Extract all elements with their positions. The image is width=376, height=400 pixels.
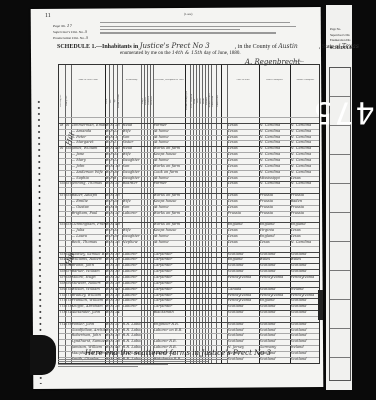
column-header: Maimed xyxy=(206,87,208,115)
table-row: 109110Wilson, WilliamW M 40LaborerCarpen… xyxy=(59,287,319,292)
cell-mpob: N. Carolina xyxy=(291,123,321,128)
column-header: Attended school xyxy=(209,87,211,115)
cell-fpob: N. Carolina xyxy=(260,146,290,151)
cell-occ: Cook on farm xyxy=(154,170,185,175)
page-clip xyxy=(318,290,323,320)
enumerator-stamp: Enumerator xyxy=(292,60,304,63)
cell-rel: Laborer xyxy=(123,269,141,274)
cell-mpob: Pennsylvania xyxy=(291,293,321,298)
cell-mpob: Ireland xyxy=(291,287,321,292)
cell-csa: W F 35 xyxy=(106,228,122,233)
column-header: Month of birth xyxy=(118,87,122,115)
column-header: Insane xyxy=(203,87,205,115)
supervisor-value: 5 xyxy=(85,29,88,34)
cell-fpob: Scotland xyxy=(260,322,290,327)
cell-mpob: N. Carolina xyxy=(291,240,321,245)
cell-fam: 103 xyxy=(66,222,71,227)
cell-pob: Pennsylvania xyxy=(228,275,259,280)
cell-name: Brigham, Paul xyxy=(72,211,105,216)
cell-pob: Texas xyxy=(228,129,259,134)
cell-fam: 108 xyxy=(66,275,71,280)
cell-mpob: Prussia xyxy=(291,211,321,216)
cell-csa: W M 40 xyxy=(106,287,122,292)
cell-fpob: N. Carolina xyxy=(260,158,290,163)
cell-mpob: Prussia xyxy=(291,205,321,210)
cell-dw: 112 xyxy=(60,304,65,309)
cell-fpob: Pennsylvania xyxy=(260,275,290,280)
cell-fpob: N. Carolina xyxy=(260,152,290,157)
cell-pob: Scotland xyxy=(228,304,259,309)
cell-csa: W M 26 xyxy=(106,304,122,309)
cell-occ: Keeps house xyxy=(154,228,185,233)
cell-dw: 98 xyxy=(60,123,65,128)
cell-mpob: Scotland xyxy=(291,252,321,257)
cell-csa: W F 8 xyxy=(106,176,122,181)
cell-fam: 107 xyxy=(66,269,71,274)
cell-occ: Keeps house xyxy=(154,199,185,204)
table-row: 106107Barker, WilliamW M 30LaborerCarpen… xyxy=(59,269,319,274)
cell-csa: W F 22 xyxy=(106,129,122,134)
column-header: Cannot read xyxy=(212,87,216,115)
table-row: — MargaretW F 17SisterAt homeTexasN. Car… xyxy=(59,140,319,145)
cell-name: — Jane xyxy=(72,152,105,157)
cell-name: — Anderson Wife xyxy=(72,170,105,175)
enumerated-suffix: day of June, 1880. xyxy=(204,51,241,56)
cell-fpob: Scotland xyxy=(260,328,290,333)
cell-pob: England xyxy=(228,222,259,227)
cell-fpob: N. Carolina xyxy=(260,170,290,175)
cell-name: Alexander, John xyxy=(72,310,105,315)
cell-rel: Laborer xyxy=(123,304,141,309)
column-header: Mother's birthplace xyxy=(291,79,321,99)
cell-name: Lyndhurst, Samuel xyxy=(72,339,105,344)
cell-fam: 113 xyxy=(66,304,71,309)
cell-fpob: N. Carolina xyxy=(260,164,290,169)
supervisor-line: Supervisor's Dist. No. 5 xyxy=(53,29,87,34)
table-row: — JuliaW F 35WifeKeeps houseTexasVirgini… xyxy=(59,228,319,233)
cell-rel: Head xyxy=(123,146,141,151)
cell-fpob: Prussia xyxy=(260,199,290,204)
cell-csa: W M 30 xyxy=(106,328,122,333)
cell-rel: Wife xyxy=(123,152,141,157)
table-row: — JaneW F 35WifeKeeps houseTexasN. Carol… xyxy=(59,152,319,157)
table-row: Robertson, JohnW M 33R.R. LaborerScotlan… xyxy=(59,333,319,338)
cell-csa: W F 30 xyxy=(106,170,122,175)
adjacent-page: Page No. Supervisor's Dis Enumeration Di… xyxy=(326,5,352,390)
cell-pob: Texas xyxy=(228,176,259,181)
cell-occ: Carpenter xyxy=(154,257,185,262)
cell-occ: Works on farm xyxy=(154,146,185,151)
cell-mpob: Scotland xyxy=(291,328,321,333)
film-frame-number: 0475 xyxy=(311,95,376,130)
table-row: Goodfellow, ArchibaldW M 30R.R. LaborerL… xyxy=(59,328,319,333)
table-row: — PeterW M 1SonAt homeTexasN. CarolinaN.… xyxy=(59,135,319,140)
cell-fpob: Scotland xyxy=(260,304,290,309)
census-table: Dwelling No.Family No.Name of each Perso… xyxy=(58,64,320,364)
cell-dw: 103 xyxy=(60,252,65,257)
cell-fpob: N. Carolina xyxy=(260,129,290,134)
column-header: Sick / Disabled xyxy=(191,87,193,115)
cell-csa: W F 17 xyxy=(106,140,122,145)
cell-name: Barker, William xyxy=(72,269,105,274)
cell-name: Williams, Robert xyxy=(72,257,105,262)
cell-rel: R.R. Laborer xyxy=(123,322,141,327)
cell-mpob: Scotland xyxy=(291,333,321,338)
cell-csa: W F 28 xyxy=(106,199,122,204)
cell-dw: 106 xyxy=(60,269,65,274)
cell-fpob: Texas xyxy=(260,240,290,245)
cell-rel: Daughter xyxy=(123,158,141,163)
cell-csa: W F 10 xyxy=(106,234,122,239)
cell-fpob: Scotland xyxy=(260,252,290,257)
cell-mpob: Scotland xyxy=(291,304,321,309)
cell-fpob: England xyxy=(260,222,290,227)
cell-mpob: Scotland xyxy=(291,269,321,274)
cell-dw: 114 xyxy=(60,322,65,327)
cell-csa: W M 35 xyxy=(106,263,122,268)
cell-pob: Texas xyxy=(228,240,259,245)
table-row: Lyndhurst, SamuelW M 28R.R. LaborerLabor… xyxy=(59,339,319,344)
bottom-remark: Here end the scattered farms in Justice'… xyxy=(85,349,271,357)
cell-pob: Scotland xyxy=(228,263,259,268)
state-label: , State of xyxy=(319,44,341,50)
cell-occ: Carpenter xyxy=(154,263,185,268)
cell-csa: W M 35 xyxy=(106,193,122,198)
table-row: — GustavW M 8SonAt homeTexasPrussiaPruss… xyxy=(59,205,319,210)
cell-mpob: Baden xyxy=(291,199,321,204)
cell-pob: Texas xyxy=(228,164,259,169)
cell-name: — Laura xyxy=(72,234,105,239)
table-row: Beck, ThomasW M 25NephewAt homeTexasTexa… xyxy=(59,240,319,245)
cell-occ: Carpenter xyxy=(154,298,185,303)
column-header: Age xyxy=(114,87,117,115)
table-row: 112113Knight, AbrahamW M 26LaborerCarpen… xyxy=(59,304,319,309)
cell-pob: Scotland xyxy=(228,357,259,362)
cell-occ: Engineer R.R. xyxy=(154,322,185,327)
cell-csa: W M 27 xyxy=(106,322,122,327)
cell-name: — Sophia xyxy=(72,176,105,181)
cell-occ: At home xyxy=(154,234,185,239)
cell-csa: W F 35 xyxy=(106,152,122,157)
cell-dw: 113 xyxy=(60,310,65,315)
schedule-heading: SCHEDULE 1.—Inhabitants in Justice's Pre… xyxy=(57,42,359,50)
cell-csa: W M 35 xyxy=(106,293,122,298)
cell-name: — Amanda xyxy=(72,129,105,134)
cell-fpob: Scotland xyxy=(260,269,290,274)
cell-mpob: N. Carolina xyxy=(291,152,321,157)
cell-occ: At home xyxy=(154,129,185,134)
cell-occ: Works on farm xyxy=(154,193,185,198)
table-row: 110111Bradley, WilliamW M 35LaborerCarpe… xyxy=(59,293,319,298)
page-no-line: Page No. 17 xyxy=(53,23,72,28)
cell-pob: Texas xyxy=(228,123,259,128)
column-header: Father's birthplace xyxy=(260,79,290,99)
cell-fpob: Scotland xyxy=(260,333,290,338)
cell-mpob: N. Carolina xyxy=(291,158,321,163)
cell-mpob: Texas xyxy=(291,176,321,181)
cell-rel: Laborer xyxy=(123,275,141,280)
table-row: — LauraW F 10DaughterAt homeTexasEngland… xyxy=(59,234,319,239)
cell-pob: Scotland xyxy=(228,322,259,327)
cell-name: Moore, Hugh xyxy=(72,275,105,280)
cell-csa: W M 32 xyxy=(106,275,122,280)
table-row: 113114Alexander, JohnW M 24BlacksmithSco… xyxy=(59,310,319,315)
cell-rel: Son xyxy=(123,205,141,210)
cell-fam: 102 xyxy=(66,193,71,198)
cell-fpob: Scotland xyxy=(260,263,290,268)
cell-fpob: Pennsylvania xyxy=(260,293,290,298)
cell-occ: Carpenter xyxy=(154,252,185,257)
table-row: — Anderson WifeW F 30DaughterCook on far… xyxy=(59,170,319,175)
column-header: Single xyxy=(142,87,144,115)
cell-csa: W M 30 xyxy=(106,269,122,274)
cell-occ: Carpenter xyxy=(154,275,185,280)
cell-csa: W M 1 xyxy=(106,135,122,140)
cell-fpob: Virginia xyxy=(260,228,290,233)
cell-csa: W M 28 xyxy=(106,339,122,344)
cell-pob: Scotland xyxy=(228,269,259,274)
cell-csa: W M 33 xyxy=(106,333,122,338)
column-header: Married xyxy=(145,87,147,115)
cell-occ: Laborer R.R. xyxy=(154,339,185,344)
cell-name: Zimmerman, Emanuel xyxy=(72,123,105,128)
cell-rel: Laborer xyxy=(123,257,141,262)
cell-fam: 99 xyxy=(66,123,71,128)
cell-occ: Carpenter xyxy=(154,269,185,274)
cell-mpob: Scotland xyxy=(291,339,321,344)
cell-name: — Gustav xyxy=(72,205,105,210)
table-row: 103104Hawley, Samuel B.W M 30LaborerCarp… xyxy=(59,252,319,257)
cell-pob: Texas xyxy=(228,193,259,198)
right-supervisor: Supervisor's Dis xyxy=(330,33,350,37)
column-header: Name of each Person xyxy=(72,79,105,99)
cell-dw: 100 xyxy=(60,181,65,186)
cell-fam: 110 xyxy=(66,287,71,292)
cell-fpob: Scotland xyxy=(260,339,290,344)
cell-dw: 105 xyxy=(60,263,65,268)
cell-mpob: N. Carolina xyxy=(291,146,321,151)
cell-name: Robertson, John xyxy=(72,333,105,338)
cell-dw: 107 xyxy=(60,275,65,280)
instructions-block xyxy=(100,20,300,36)
cell-name: Brown, John xyxy=(72,263,105,268)
cell-mpob: N. Carolina xyxy=(291,129,321,134)
column-header: Deaf xyxy=(197,87,199,115)
cell-dw: 109 xyxy=(60,287,65,292)
cell-mpob: Scotland xyxy=(291,357,321,362)
cell-name: Jones, William xyxy=(72,146,105,151)
enumerated-dates: 14th & 15th xyxy=(172,50,203,56)
cell-name: Fowler, John xyxy=(72,322,105,327)
cell-mpob: Prussia xyxy=(291,193,321,198)
cell-name: Goodfellow, Archibald xyxy=(72,328,105,333)
cell-pob: Scotland xyxy=(228,328,259,333)
column-header: Divorced xyxy=(151,87,153,115)
cell-pob: Texas xyxy=(228,234,259,239)
table-row xyxy=(59,187,319,192)
cell-csa: W M 28 xyxy=(106,257,122,262)
table-row: — EmilieW F 28WifeKeeps houseTexasPrussi… xyxy=(59,199,319,204)
cell-mpob: N. Carolina xyxy=(291,170,321,175)
cell-rel: Head xyxy=(123,123,141,128)
cell-name: — Mary xyxy=(72,158,105,163)
cell-dw: 104 xyxy=(60,257,65,262)
enumeration-line: Enumeration Dist. No. 5 xyxy=(53,35,88,40)
cell-rel: Wife xyxy=(123,228,141,233)
table-row xyxy=(59,216,319,221)
cell-fam: 101 xyxy=(66,181,71,186)
cell-pob: Texas xyxy=(228,135,259,140)
cell-occ: At home xyxy=(154,135,185,140)
cell-name: Stewart, Robert xyxy=(72,281,105,286)
cell-pob: Texas xyxy=(228,158,259,163)
cell-fam: 111 xyxy=(66,293,71,298)
cell-csa: W M 29 xyxy=(106,281,122,286)
cell-occ: Carpenter xyxy=(154,293,185,298)
cell-pob: Pennsylvania xyxy=(228,293,259,298)
table-row: 9899Zimmerman, EmanuelW M 25HeadFarmerTe… xyxy=(59,123,319,128)
column-header: Idiotic xyxy=(200,87,202,115)
supervisor-label: Supervisor's Dist. No. xyxy=(53,30,84,34)
cell-pob: Texas xyxy=(228,181,259,186)
cell-name: — Emilie xyxy=(72,199,105,204)
cell-rel: Wife xyxy=(123,199,141,204)
cell-fpob: N. Carolina xyxy=(260,135,290,140)
place-name: Justice's Prect No 3 xyxy=(140,42,210,50)
cell-fpob: Scotland xyxy=(260,357,290,362)
table-row: 101102Bauer, AdolphW M 35Works on farmTe… xyxy=(59,193,319,198)
cell-fam: 112 xyxy=(66,298,71,303)
cell-name: Bradley, William xyxy=(72,293,105,298)
cell-fam: 109 xyxy=(66,281,71,286)
cell-rel: R.R. Laborer xyxy=(123,328,141,333)
table-row: — MaryW F 12DaughterAt homeTexasN. Carol… xyxy=(59,158,319,163)
column-header: Widowed xyxy=(148,87,150,115)
cell-dw: 102 xyxy=(60,222,65,227)
cell-rel: Laborer xyxy=(123,252,141,257)
cell-occ: At home xyxy=(154,205,185,210)
cell-csa: W M 40 xyxy=(106,146,122,151)
cell-pob: Texas xyxy=(228,152,259,157)
cell-fpob: N. Carolina xyxy=(260,123,290,128)
column-header: Dwelling No. xyxy=(60,87,65,115)
cell-csa: W M 25 xyxy=(106,240,122,245)
cell-csa: W M 24 xyxy=(106,310,122,315)
cell-pob: Canada xyxy=(228,287,259,292)
cell-csa: W M 30 xyxy=(106,252,122,257)
cell-mpob: Wales xyxy=(291,257,321,262)
cell-name: Knight, Abraham xyxy=(72,304,105,309)
cell-fpob: England xyxy=(260,298,290,303)
cell-pob: Pennsylvania xyxy=(228,298,259,303)
table-row: Brigham, PaulW M 27LaborerWorks on farmP… xyxy=(59,211,319,216)
cell-fam: 100 xyxy=(66,146,71,151)
cell-occ: Works on farm xyxy=(154,222,185,227)
enumeration-date-line: enumerated by me on the 14th & 15th day … xyxy=(120,50,241,56)
cell-fpob: Prussia xyxy=(260,193,290,198)
table-row: 108109Stewart, RobertW M 29LaborerCarpen… xyxy=(59,281,319,286)
column-header: Relationship xyxy=(123,79,141,99)
cell-pob: Scotland xyxy=(228,339,259,344)
cell-name: Jenning, Thomas xyxy=(72,181,105,186)
cell-rel: R.R. Laborer xyxy=(123,339,141,344)
cell-rel: Nephew xyxy=(123,240,141,245)
cell-pob: Prussia xyxy=(228,211,259,216)
table-row: 107108Moore, HughW M 32LaborerCarpenterP… xyxy=(59,275,319,280)
column-header: Blind xyxy=(194,87,196,115)
page-no-label: Page No. xyxy=(53,24,66,28)
cell-mpob: Scotland xyxy=(291,263,321,268)
cell-csa: W M 48 xyxy=(106,222,122,227)
cell-name: Cunningham, Frank xyxy=(72,222,105,227)
page-number: 11 xyxy=(45,13,51,19)
cell-fpob: N. Carolina xyxy=(260,181,290,186)
cell-pob: Scotland xyxy=(228,252,259,257)
cell-mpob: Scotland xyxy=(291,298,321,303)
right-page-no: Page No. xyxy=(330,27,341,31)
cell-name: — Peter xyxy=(72,135,105,140)
table-row: 105106Brown, JohnW M 35LaborerCarpenterS… xyxy=(59,263,319,268)
table-row: — SophiaW F 8DaughterAt homeTexasMississ… xyxy=(59,176,319,181)
cell-dw: 110 xyxy=(60,293,65,298)
column-header: Profession, Occupation or Trade xyxy=(154,79,185,99)
cell-fpob: Prussia xyxy=(260,211,290,216)
cell-pob: Scotland xyxy=(228,310,259,315)
cell-mpob: Scotland xyxy=(291,322,321,327)
table-row: 99100Jones, WilliamW M 40HeadWorks on fa… xyxy=(59,146,319,151)
state-value: Texas xyxy=(342,43,359,50)
column-header: Family No. xyxy=(66,87,71,115)
table-row: — JohnW M 10SonWorks on farmTexasN. Caro… xyxy=(59,164,319,169)
cell-occ: Farmer xyxy=(154,123,185,128)
column-header: Place of Birth xyxy=(228,79,259,99)
cell-csa: W M 27 xyxy=(106,181,122,186)
cell-occ: At home xyxy=(154,240,185,245)
cell-rel: Laborer xyxy=(123,263,141,268)
cell-pob: Texas xyxy=(228,140,259,145)
cell-fpob: Mississippi xyxy=(260,176,290,181)
cell-pob: Texas xyxy=(228,228,259,233)
cell-name: Beck, Thomas xyxy=(72,240,105,245)
cell-mpob: Scotland xyxy=(291,310,321,315)
cell-occ: Laborer on R.R. xyxy=(154,328,185,333)
cell-occ: Carpenter xyxy=(154,287,185,292)
cell-csa: W M 10 xyxy=(106,164,122,169)
cell-pob: Texas xyxy=(228,146,259,151)
cell-rel: R.R. Laborer xyxy=(123,333,141,338)
cell-occ: Carpenter xyxy=(154,281,185,286)
cell-occ: Farmer xyxy=(154,181,185,186)
cell-name: Wilson, William xyxy=(72,287,105,292)
table-row: 114115Fowler, JohnW M 27R.R. LaborerEngi… xyxy=(59,322,319,327)
enumeration-value: 5 xyxy=(86,35,89,40)
table-row: 100101Jenning, ThomasW M 27BoarderFarmer… xyxy=(59,181,319,186)
cell-name: — Julia xyxy=(72,228,105,233)
cell-csa: W M 27 xyxy=(106,211,122,216)
table-row: 102103Cunningham, FrankW M 48Works on fa… xyxy=(59,222,319,227)
cell-occ: Carpenter xyxy=(154,304,185,309)
cell-rel: Son xyxy=(123,135,141,140)
county-value: Austin xyxy=(278,43,297,50)
cell-fam: 114 xyxy=(66,310,71,315)
cell-csa: W M 25 xyxy=(106,123,122,128)
county-label: , in the County of xyxy=(235,44,277,50)
cell-fpob: N. Carolina xyxy=(260,140,290,145)
cell-dw: 101 xyxy=(60,193,65,198)
cell-mpob: N. Carolina xyxy=(291,140,321,145)
cell-mpob: England xyxy=(291,222,321,227)
cell-name: — John xyxy=(72,164,105,169)
